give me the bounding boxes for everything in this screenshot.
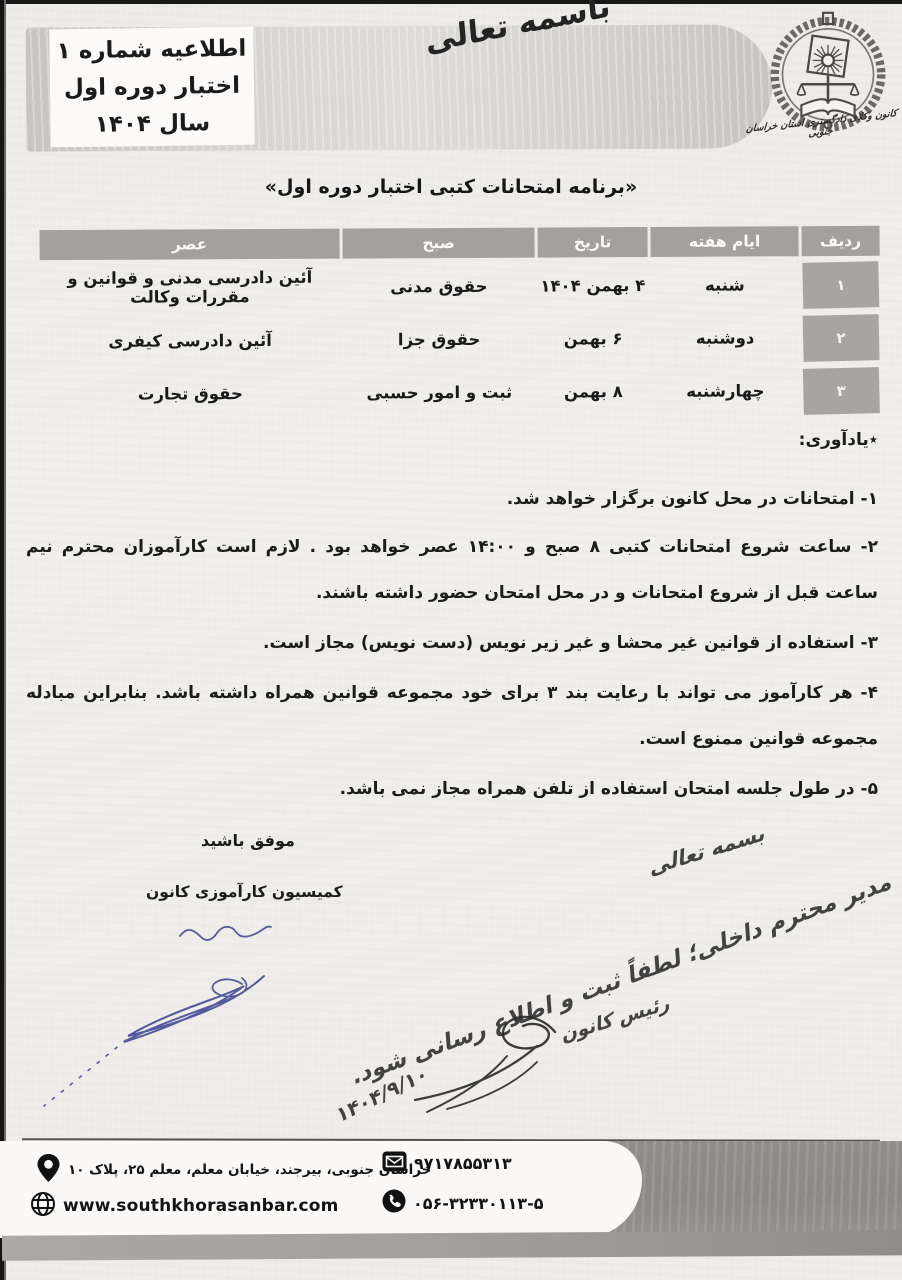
afternoon-subject-cell: آئین دادرسی مدنی و قوانین و مقررات وکالت [40, 264, 340, 312]
address-text: خراسان جنوبی، بیرجند، خیابان معلم، معلم … [68, 1162, 431, 1178]
weekday-cell: چهارشنبه [651, 367, 799, 414]
row-number: ۱ [802, 261, 879, 309]
column-header-morning: صبح [343, 228, 535, 259]
morning-subject-cell: حقوق جزا [343, 316, 535, 363]
footer-postal-row: ۹۷۱۷۸۵۵۳۱۳ [382, 1151, 512, 1176]
footer-phone-row: ۰۵۶-۳۲۳۳۰۱۱۳-۵ [382, 1189, 543, 1217]
location-pin-icon [36, 1153, 61, 1187]
committee-signature-handwriting [28, 912, 318, 1122]
footer-website-row: www.southkhorasanbar.com [30, 1191, 339, 1221]
afternoon-subject-cell: آئین دادرسی کیفری [40, 317, 340, 365]
reminder-note-4: ۴- هر کارآموز می تواند با رعایت بند ۳ بر… [26, 670, 878, 762]
closing-wish: موفق باشید [201, 831, 295, 850]
globe-icon [30, 1191, 56, 1221]
document-title: «برنامه امتحانات کتبی اختبار دوره اول» [0, 176, 902, 198]
committee-name: کمیسیون کارآموزی کانون [146, 883, 343, 901]
reminder-note-2: ۲- ساعت شروع امتحانات کتبی ۸ صبح و ۱۴:۰۰… [26, 524, 878, 616]
scan-edge-top [0, 0, 902, 4]
footer-address-row: خراسان جنوبی، بیرجند، خیابان معلم، معلم … [36, 1153, 431, 1187]
column-header-weekday: ایام هفته [651, 226, 799, 257]
date-cell: ۸ بهمن [538, 368, 648, 415]
phone-number-text: ۰۵۶-۳۲۳۳۰۱۱۳-۵ [413, 1194, 543, 1213]
morning-subject-cell: ثبت و امور حسبی [343, 369, 535, 416]
president-note-bismillah: بسمه تعالی [650, 820, 766, 881]
weekday-cell: شنبه [651, 261, 799, 308]
phone-icon [382, 1189, 406, 1217]
morning-subject-cell: حقوق مدنی [343, 263, 535, 310]
announcement-line-3: سال ۱۴۰۴ [95, 105, 211, 144]
reminder-note-1: ۱- امتحانات در محل کانون برگزار خواهد شد… [26, 476, 878, 522]
date-cell: ۶ بهمن [538, 315, 648, 362]
announcement-box: اطلاعیه شماره ۱ اختبار دوره اول سال ۱۴۰۴ [49, 27, 255, 148]
announcement-line-1: اطلاعیه شماره ۱ [56, 30, 246, 70]
reminder-heading: ٭یادآوری: [799, 430, 878, 450]
postal-code-text: ۹۷۱۷۸۵۵۳۱۳ [414, 1154, 512, 1173]
footer-bottom-strip [2, 1230, 902, 1260]
row-number: ۲ [803, 314, 880, 362]
reminder-note-3: ۳- استفاده از قوانین غیر محشا و غیر زیر … [26, 620, 878, 666]
column-header-date: تاریخ [538, 227, 648, 258]
scanned-announcement-letter: اطلاعیه شماره ۱ اختبار دوره اول سال ۱۴۰۴… [0, 0, 902, 1280]
column-header-radif: ردیف [802, 226, 880, 256]
date-cell: ۴ بهمن ۱۴۰۴ [538, 262, 648, 309]
envelope-icon [382, 1151, 407, 1176]
reminder-note-5: ۵- در طول جلسه امتحان استفاده از تلفن هم… [26, 766, 878, 812]
weekday-cell: دوشنبه [651, 314, 799, 361]
afternoon-subject-cell: حقوق تجارت [40, 370, 340, 418]
exam-schedule-table: ردیف ایام هفته تاریخ صبح عصر ۱ شنبه ۴ به… [34, 226, 881, 419]
announcement-line-2: اختبار دوره اول [64, 67, 241, 106]
row-number: ۳ [803, 367, 880, 415]
column-header-afternoon: عصر [40, 229, 340, 261]
website-text: www.southkhorasanbar.com [63, 1196, 339, 1216]
